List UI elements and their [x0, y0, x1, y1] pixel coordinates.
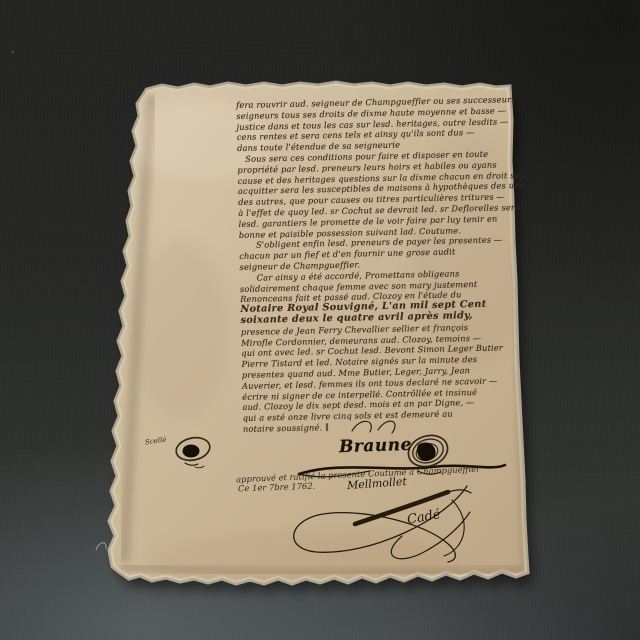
manuscript-text: fera rouvrir aud. seigneur de Champgueff…: [236, 94, 525, 435]
dust-specks: [12, 51, 106, 550]
margin-note-scelle: Scellé: [145, 436, 167, 447]
ink-seal-left-icon: [174, 435, 212, 468]
tertiary-signature: Cadé: [406, 507, 442, 528]
main-signature: Braune: [339, 435, 413, 458]
secondary-signature: Mellmollet: [347, 475, 408, 492]
ratification-date-1762: Ce 1er 7bre 1762.: [238, 481, 316, 494]
signature-flourish-lower: [294, 486, 471, 562]
photo-background: fera rouvrir aud. seigneur de Champgueff…: [0, 0, 640, 640]
